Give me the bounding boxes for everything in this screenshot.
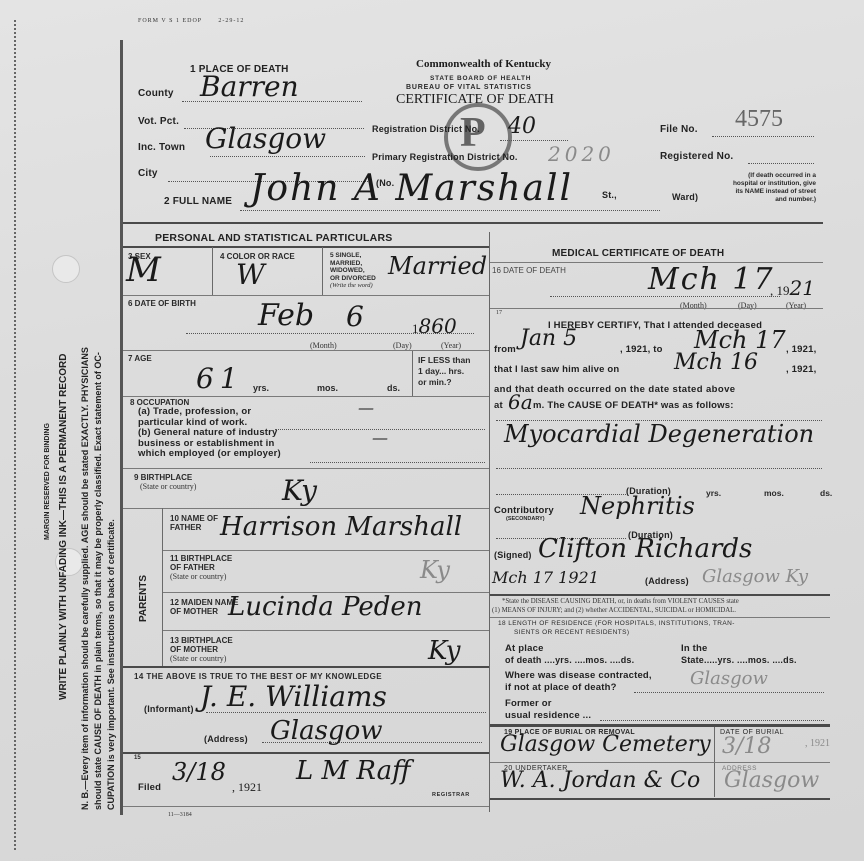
in-state-line1: In the (681, 643, 708, 654)
divider-mother-bp (163, 630, 489, 631)
dod-value: Mch 17 (648, 262, 775, 297)
parents-side-divider (162, 508, 163, 666)
occupation-fields: (a) Trade, profession, or particular kin… (138, 407, 281, 460)
less-than-label: IF LESS than 1 day... hrs. or min.? (418, 355, 470, 388)
divider-footnote-top (490, 594, 830, 596)
residence-label-line2: SIENTS OR RECENT RESIDENTS) (514, 629, 629, 636)
age-label: 7 AGE (128, 354, 152, 363)
last-saw-label: that I last saw him alive on (494, 364, 619, 375)
contributory-label: Contributory (494, 505, 554, 516)
time-value: 6a (508, 390, 533, 414)
form-date: 2-29-12 (218, 18, 244, 24)
age-ds: ds. (387, 383, 400, 393)
father-label-line1: 10 NAME OF (170, 514, 218, 523)
from-date: Jan 5 (520, 326, 577, 351)
county-value: Barren (200, 70, 299, 103)
registration-district-value: 40 (508, 114, 536, 139)
write-plainly-text: WRITE PLAINLY WITH UNFADING INK—THIS IS … (58, 354, 69, 701)
occ-b-line3: which employed (or employer) (138, 449, 281, 460)
divider-residence-top (490, 617, 830, 618)
registered-no-label: Registered No. (660, 151, 733, 162)
father-bp-label-line1: 11 BIRTHPLACE (170, 554, 232, 563)
father-value: Harrison Marshall (220, 512, 462, 542)
divider-certify-top (490, 308, 823, 309)
contracted-value: Glasgow (690, 668, 768, 689)
divider-age-top (123, 350, 489, 351)
cert-num: 17 (496, 310, 502, 316)
county-label: County (138, 88, 174, 99)
dob-day-caption: (Day) (393, 341, 412, 350)
from-label: from (494, 344, 516, 355)
birthplace-caption: (State or country) (140, 482, 196, 491)
filed-year: , 1921 (232, 780, 262, 795)
father-bp-label-line3: (State or country) (170, 572, 232, 581)
cause-value: Myocardial Degeneration (504, 420, 814, 448)
mother-bp-label-line1: 13 BIRTHPLACE (170, 636, 233, 645)
mother-bp-label-line3: (State or country) (170, 654, 233, 663)
at-place-line2: of death ....yrs. ....mos. ....ds. (505, 655, 634, 665)
full-name-value: John A Marshall (250, 168, 573, 209)
divider-parents-top (123, 508, 489, 509)
age-value: 61 (196, 362, 244, 395)
father-label: 10 NAME OF FATHER (170, 514, 218, 532)
undertaker-value: W. A. Jordan & Co (500, 768, 700, 793)
former-dots (600, 720, 824, 721)
at-place-line1: At place (505, 643, 544, 654)
file-no-dots (712, 136, 814, 137)
age-less-divider (412, 351, 413, 396)
burial-date-value: 3/18 (722, 734, 771, 759)
full-name-label: 2 FULL NAME (164, 196, 232, 207)
form-number-text: FORM V S 1 EDOP (138, 18, 202, 24)
ward-label: Ward) (672, 192, 698, 202)
margin-note-line3: CUPATION is very important. See instruct… (106, 519, 116, 810)
mother-bp-label-line2: OF MOTHER (170, 645, 233, 654)
divider-personal-header (123, 246, 489, 248)
dod-label: 16 DATE OF DEATH (492, 266, 566, 275)
burial-year: , 1921 (805, 738, 830, 749)
signed-label: (Signed) (494, 550, 532, 560)
divider-father-bp (163, 550, 489, 551)
margin-note-line1: N. B.—Every item of information should b… (80, 347, 90, 810)
contracted-line1: Where was disease contracted, (505, 670, 652, 681)
signed-value: Clifton Richards (538, 534, 752, 564)
father-bp-label-line2: OF FATHER (170, 563, 232, 572)
city-label: City (138, 168, 158, 179)
mother-bp-value: Ky (428, 636, 460, 666)
cause-dots-2 (496, 468, 822, 469)
registrar-label: REGISTRAR (432, 792, 470, 798)
less-than-line1: IF LESS than (418, 355, 470, 366)
marital-label-line5: (Write the word) (330, 282, 376, 290)
margin-reserved-text: MARGIN RESERVED FOR BINDING (44, 423, 51, 540)
contributory-value: Nephritis (580, 492, 695, 520)
registrar-name: L M Raff (296, 756, 411, 786)
marital-value: Married (388, 252, 487, 280)
filed-label: Filed (138, 782, 161, 793)
bureau-name: BUREAU OF VITAL STATISTICS (406, 84, 532, 91)
form-left-border (120, 40, 123, 815)
marital-label-line4: OR DIVORCED (330, 275, 376, 283)
filed-num: 15 (134, 755, 141, 761)
divider-informant-top (123, 666, 489, 668)
bottom-code: 11—3184 (168, 812, 192, 818)
less-than-line2: 1 day... hrs. (418, 366, 470, 377)
hospital-note: (If death occurred in a hospital or inst… (724, 172, 816, 204)
marital-label-line1: 5 SINGLE, (330, 252, 376, 260)
dob-month-caption: (Month) (310, 341, 337, 350)
cause-duration-yrs: yrs. (706, 488, 721, 498)
inc-town-dots (210, 156, 365, 157)
birthplace-label: 9 BIRTHPLACE (134, 473, 192, 482)
margin-note-line2: should state CAUSE OF DEATH in plain ter… (93, 352, 103, 810)
occ-b-dots (310, 462, 485, 463)
dob-month-value: Feb (258, 298, 314, 333)
color-marital-divider (322, 247, 323, 295)
divider-occupation-top (123, 396, 489, 397)
dod-year-value: 21 (790, 276, 815, 300)
primary-registration-value: 2020 (548, 142, 615, 166)
mother-bp-label: 13 BIRTHPLACE OF MOTHER (State or countr… (170, 636, 233, 663)
less-than-line3: or min.? (418, 377, 470, 388)
occ-a-line1: (a) Trade, profession, or (138, 407, 281, 418)
personal-section-header: PERSONAL AND STATISTICAL PARTICULARS (155, 232, 392, 244)
divider-dob-top (123, 295, 489, 296)
contracted-dots (634, 692, 824, 693)
last-saw-year: , 1921, (786, 364, 816, 375)
form-number: FORM V S 1 EDOP 2-29-12 (138, 18, 244, 24)
full-name-dots (240, 210, 660, 211)
father-label-line2: FATHER (170, 523, 218, 532)
secondary-label: (SECONDARY) (506, 516, 545, 522)
to-year: , 1921, (786, 344, 816, 355)
at-label: at (494, 400, 503, 411)
marital-label: 5 SINGLE, MARRIED, WIDOWED, OR DIVORCED … (330, 252, 376, 290)
registered-no-dots (748, 163, 814, 164)
undertaker-address-value: Glasgow (724, 768, 819, 793)
mother-value: Lucinda Peden (228, 592, 423, 622)
burial-value: Glasgow Cemetery (500, 732, 711, 757)
dob-year-value: 860 (419, 314, 457, 338)
filed-date: 3/18 (172, 758, 226, 786)
contracted-line2: if not at place of death? (505, 682, 617, 693)
cause-line: m. The CAUSE OF DEATH* was as follows: (533, 400, 734, 411)
divider-burial-bottom (490, 798, 830, 800)
burial-year-value: , 1921 (805, 738, 830, 749)
registration-district-label: Registration District No. (372, 124, 480, 134)
inc-town-value: Glasgow (205, 122, 326, 155)
birthplace-value: Ky (282, 474, 317, 507)
divider-bottom (123, 806, 489, 807)
divider-filed-top (123, 752, 489, 754)
informant-label: (Informant) (144, 704, 194, 714)
divider-burial-top (490, 724, 830, 727)
age-mos: mos. (317, 383, 338, 393)
registration-district-dots (500, 140, 568, 141)
occ-a-value: — (358, 398, 374, 417)
punch-hole-top (52, 255, 80, 283)
color-value: W (236, 258, 265, 291)
board-name: STATE BOARD OF HEALTH (430, 75, 531, 82)
former-line1: Former or (505, 698, 552, 709)
death-certificate-page: MARGIN RESERVED FOR BINDING WRITE PLAINL… (0, 0, 864, 861)
st-label: St., (602, 190, 617, 200)
cause-duration-mos: mos. (764, 488, 784, 498)
parents-label: PARENTS (138, 575, 149, 622)
vot-pct-label: Vot. Pct. (138, 116, 179, 127)
footnote-line1: *State the DISEASE CAUSING DEATH, or, in… (502, 598, 739, 605)
from-year: , 1921, to (620, 344, 663, 355)
in-state-line2: State.....yrs. ....mos. ....ds. (681, 655, 797, 665)
sex-value: M (126, 250, 161, 290)
file-no-value: 4575 (735, 106, 783, 133)
sex-color-divider (212, 247, 213, 295)
occ-b-value: — (372, 428, 388, 447)
dod-year-prefix: , 19 (770, 283, 790, 298)
dod-year: , 1921 (770, 276, 815, 300)
signed-address-label: (Address) (645, 576, 689, 586)
dod-dots (550, 296, 780, 297)
marital-label-line2: MARRIED, (330, 260, 376, 268)
primary-registration-label: Primary Registration District No. (372, 152, 518, 162)
former-line2: usual residence ... (505, 710, 591, 721)
medical-section-header: MEDICAL CERTIFICATE OF DEATH (552, 248, 724, 259)
cause-duration-ds: ds. (820, 488, 832, 498)
signed-address-value: Glasgow Ky (702, 566, 808, 587)
last-saw-value: Mch 16 (674, 350, 758, 375)
father-bp-label: 11 BIRTHPLACE OF FATHER (State or countr… (170, 554, 232, 581)
footnote-line2: (1) MEANS OF INJURY; and (2) whether ACC… (492, 607, 736, 614)
residence-label-line1: 18 LENGTH OF RESIDENCE (FOR HOSPITALS, I… (498, 620, 735, 627)
informant-value: J. E. Williams (200, 680, 387, 713)
divider-birthplace-top (123, 468, 489, 469)
dob-label: 6 DATE OF BIRTH (128, 299, 196, 308)
dob-day-value: 6 (346, 300, 364, 333)
state-header: Commonwealth of Kentucky (416, 58, 551, 70)
dob-year-caption: (Year) (441, 341, 461, 350)
inc-town-label: Inc. Town (138, 142, 185, 153)
perforation-line (14, 20, 16, 850)
age-yrs: yrs. (253, 383, 269, 393)
file-no-label: File No. (660, 124, 698, 135)
occ-b-line1: (b) General nature of industry (138, 428, 281, 439)
informant-address-label: (Address) (204, 734, 248, 744)
marital-label-line3: WIDOWED, (330, 267, 376, 275)
father-bp-value: Ky (420, 556, 450, 584)
dob-year: 1860 (412, 314, 457, 338)
divider-undertaker (490, 762, 830, 763)
divider-personal-top (123, 222, 823, 224)
signed-date: Mch 17 1921 (492, 568, 599, 587)
informant-address-value: Glasgow (270, 716, 382, 746)
